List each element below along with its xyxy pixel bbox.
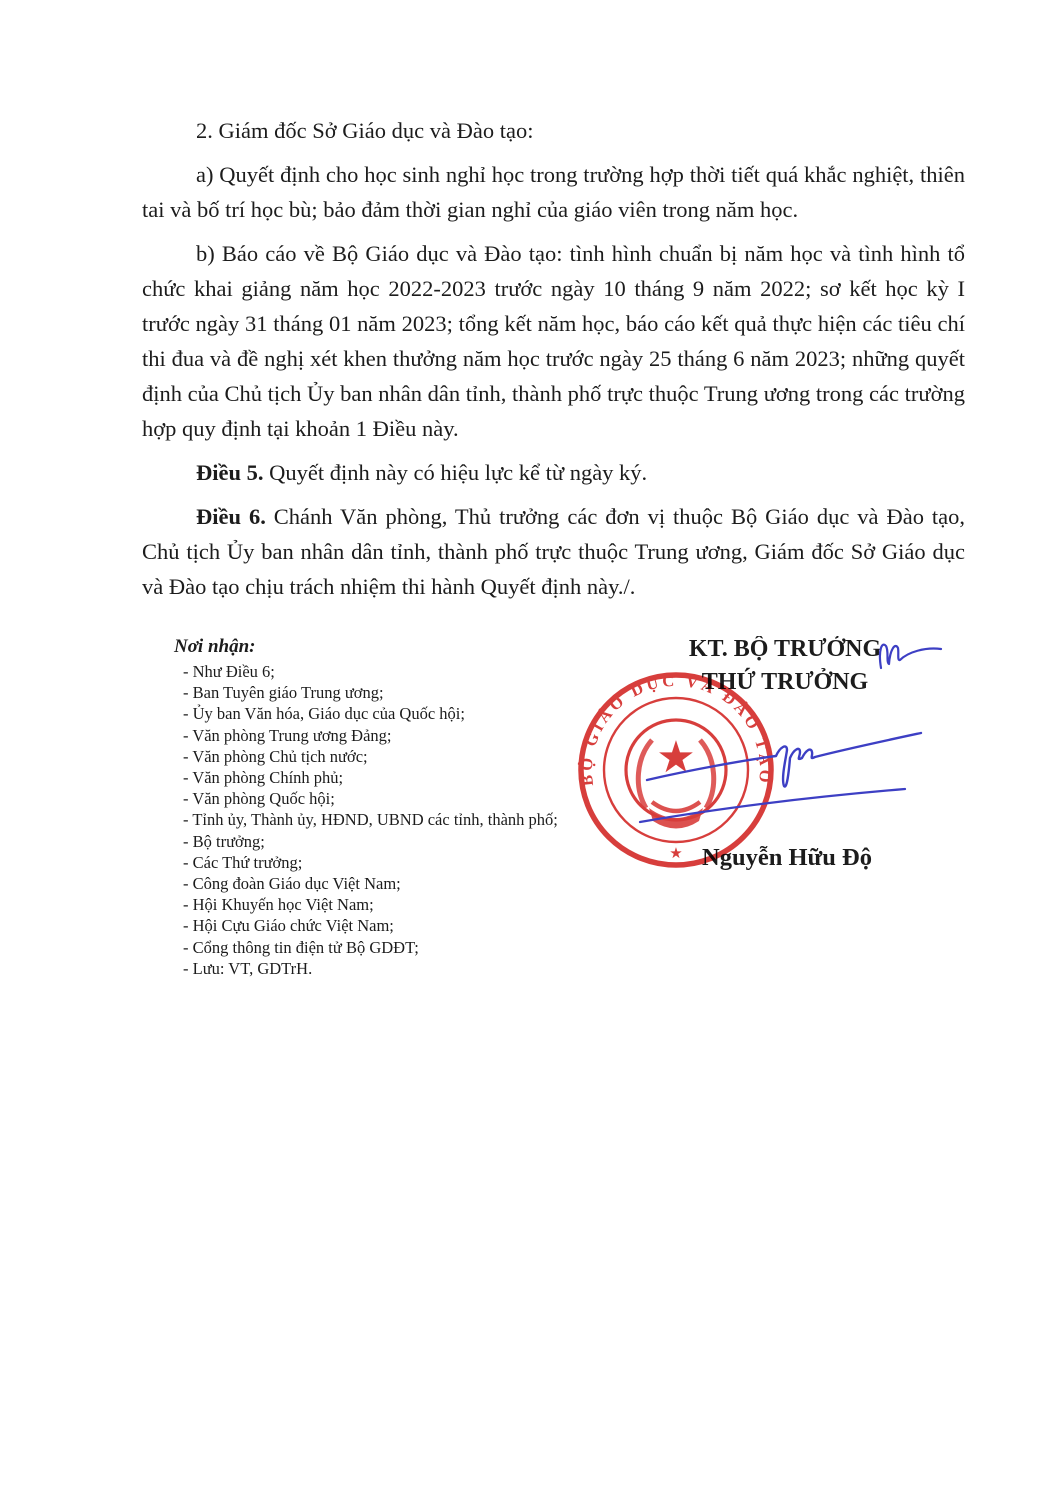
article-label: Điều 6. xyxy=(196,504,274,529)
paragraph: a) Quyết định cho học sinh nghỉ học tron… xyxy=(142,157,965,227)
signer-name: Nguyễn Hữu Độ xyxy=(642,844,932,872)
recipient-item: - Hội Khuyến học Việt Nam; xyxy=(183,894,612,915)
official-stamp: BỘ GIÁO DỤC VÀ ĐÀO TẠO ★ ★ xyxy=(576,670,776,870)
recipient-item: - Văn phòng Chủ tịch nước; xyxy=(183,746,612,767)
emblem-wreath-right-icon xyxy=(700,740,714,808)
emblem-wreath-left-icon xyxy=(638,740,652,808)
recipient-item: - Cổng thông tin điện tử Bộ GDĐT; xyxy=(183,937,612,958)
article-label: Điều 5. xyxy=(196,460,269,485)
recipient-item: - Văn phòng Trung ương Đảng; xyxy=(183,725,612,746)
paragraph-text: 2. Giám đốc Sở Giáo dục và Đào tạo: xyxy=(196,118,533,143)
paragraph-text: Quyết định này có hiệu lực kể từ ngày ký… xyxy=(269,460,647,485)
paragraph: 2. Giám đốc Sở Giáo dục và Đào tạo: xyxy=(142,113,965,148)
emblem-gear-icon xyxy=(652,802,700,811)
recipient-item: - Các Thứ trưởng; xyxy=(183,852,612,873)
recipient-item: - Bộ trưởng; xyxy=(183,831,612,852)
recipient-item: - Hội Cựu Giáo chức Việt Nam; xyxy=(183,915,612,936)
emblem-star-icon: ★ xyxy=(656,733,695,782)
recipient-item: - Văn phòng Quốc hội; xyxy=(183,788,612,809)
recipient-item: - Tỉnh ủy, Thành ủy, HĐND, UBND các tỉnh… xyxy=(183,809,612,830)
recipient-item: - Ủy ban Văn hóa, Giáo dục của Quốc hội; xyxy=(183,703,612,724)
paragraph: b) Báo cáo về Bộ Giáo dục và Đào tạo: tì… xyxy=(142,236,965,446)
signature-authority-line: KT. BỘ TRƯỞNG xyxy=(640,633,930,666)
paragraph-text: b) Báo cáo về Bộ Giáo dục và Đào tạo: tì… xyxy=(142,241,965,441)
recipients-list: - Như Điều 6; - Ban Tuyên giáo Trung ươn… xyxy=(172,661,612,979)
recipients-title: Nơi nhận: xyxy=(174,636,612,658)
paragraph-text: a) Quyết định cho học sinh nghỉ học tron… xyxy=(142,162,965,222)
paragraph: Điều 6. Chánh Văn phòng, Thủ trưởng các … xyxy=(142,499,965,604)
recipient-item: - Công đoàn Giáo dục Việt Nam; xyxy=(183,873,612,894)
signature-title-line: THỨ TRƯỞNG xyxy=(640,666,930,699)
document-body: 2. Giám đốc Sở Giáo dục và Đào tạo: a) Q… xyxy=(142,113,965,613)
paragraph: Điều 5. Quyết định này có hiệu lực kể từ… xyxy=(142,455,965,490)
recipient-item: - Văn phòng Chính phủ; xyxy=(183,767,612,788)
recipient-item: - Lưu: VT, GDTrH. xyxy=(183,958,612,979)
recipient-item: - Ban Tuyên giáo Trung ương; xyxy=(183,682,612,703)
signature-block: KT. BỘ TRƯỞNG THỨ TRƯỞNG xyxy=(640,633,930,699)
recipient-item: - Như Điều 6; xyxy=(183,661,612,682)
document-page: 2. Giám đốc Sở Giáo dục và Đào tạo: a) Q… xyxy=(0,0,1060,1500)
recipients-block: Nơi nhận: - Như Điều 6; - Ban Tuyên giáo… xyxy=(172,636,612,979)
